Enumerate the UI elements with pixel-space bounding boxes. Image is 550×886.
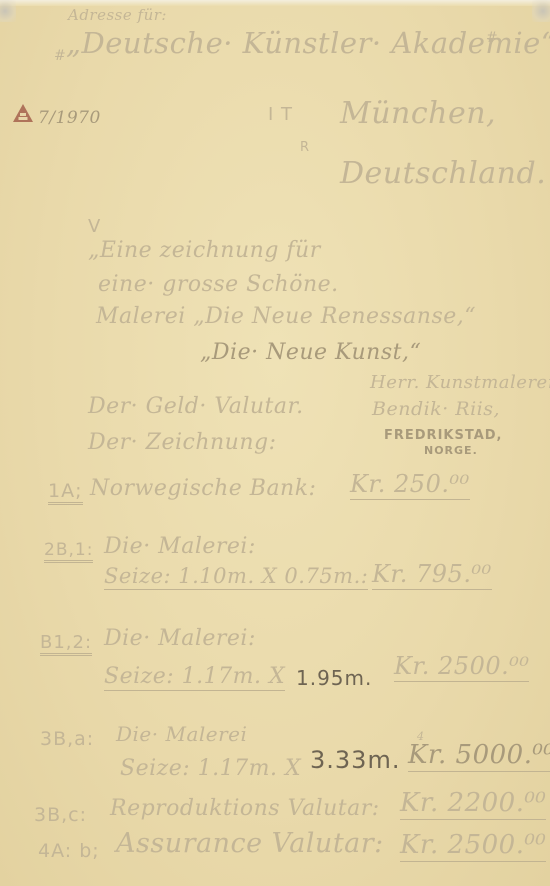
catalog-number: 7/1970: [38, 108, 101, 128]
item-size: Seize: 1.17m. X: [104, 664, 285, 691]
item-price: Kr. 2200.⁰⁰: [400, 788, 546, 820]
item-price: Kr. 2500.⁰⁰: [400, 830, 546, 862]
handwritten-letter: Adresse für: # „Deutsche· Künstler· Akad…: [0, 0, 550, 886]
item-size: Seize: 1.17m. X: [120, 756, 301, 781]
item-price: Kr. 5000.⁰⁰: [408, 740, 550, 772]
item-size: Seize: 1.10m. X 0.75m.:: [104, 564, 368, 590]
item-code: 4A: b;: [38, 840, 100, 862]
body-line-3: Malerei „Die Neue Renessanse,“: [96, 304, 476, 329]
item-label: Assurance Valutar:: [116, 828, 384, 859]
address-label: Adresse für:: [68, 6, 167, 24]
item-code: 2B,1:: [44, 540, 93, 563]
item-label: Die· Malerei: [116, 722, 247, 746]
body-line-5: Der· Geld· Valutar.: [88, 394, 304, 419]
hash-mark-right: #: [486, 30, 498, 46]
triangle-stamp-icon: [12, 103, 34, 123]
sender-line-2: Bendik· Riis,: [372, 398, 500, 420]
sender-line-4: NORGE.: [424, 444, 478, 457]
sender-line-1: Herr. Kunstmaleren,: [370, 372, 550, 393]
tape-corner-left: [0, 0, 16, 22]
item-price: Kr. 250.⁰⁰: [350, 470, 470, 500]
academy-name: „Deutsche· Künstler· Akademie“,: [66, 26, 550, 60]
item-price: Kr. 795.⁰⁰: [372, 560, 492, 590]
item-code: B1,2:: [40, 632, 92, 656]
item-code: 1A;: [48, 480, 83, 505]
country-mark: R: [300, 140, 310, 155]
item-code: 3B,a:: [40, 728, 94, 750]
city-name: München,: [340, 96, 496, 131]
check-mark: V: [88, 216, 101, 237]
item-label: Die· Malerei:: [104, 534, 256, 559]
body-line-2: eine· grosse Schöne.: [98, 272, 339, 297]
city-mark: I T: [268, 104, 293, 125]
item-label: Norwegische Bank:: [90, 476, 316, 501]
country-name: Deutschland.: [340, 156, 546, 191]
item-label: Die· Malerei:: [104, 626, 256, 651]
sender-line-3: FREDRIKSTAD,: [384, 428, 503, 443]
body-line-4: „Die· Neue Kunst,“: [200, 340, 421, 365]
item-code: 3B,c:: [34, 804, 87, 826]
tape-corner-right: [532, 0, 550, 22]
body-line-6: Der· Zeichnung:: [88, 430, 277, 455]
item-price: Kr. 2500.⁰⁰: [394, 652, 529, 682]
item-size-bold: 3.33m.: [310, 746, 400, 774]
hash-mark-left: #: [54, 48, 66, 64]
item-label: Reproduktions Valutar:: [110, 796, 380, 821]
item-size-bold: 1.95m.: [296, 666, 372, 690]
body-line-1: „Eine zeichnung für: [88, 238, 321, 263]
